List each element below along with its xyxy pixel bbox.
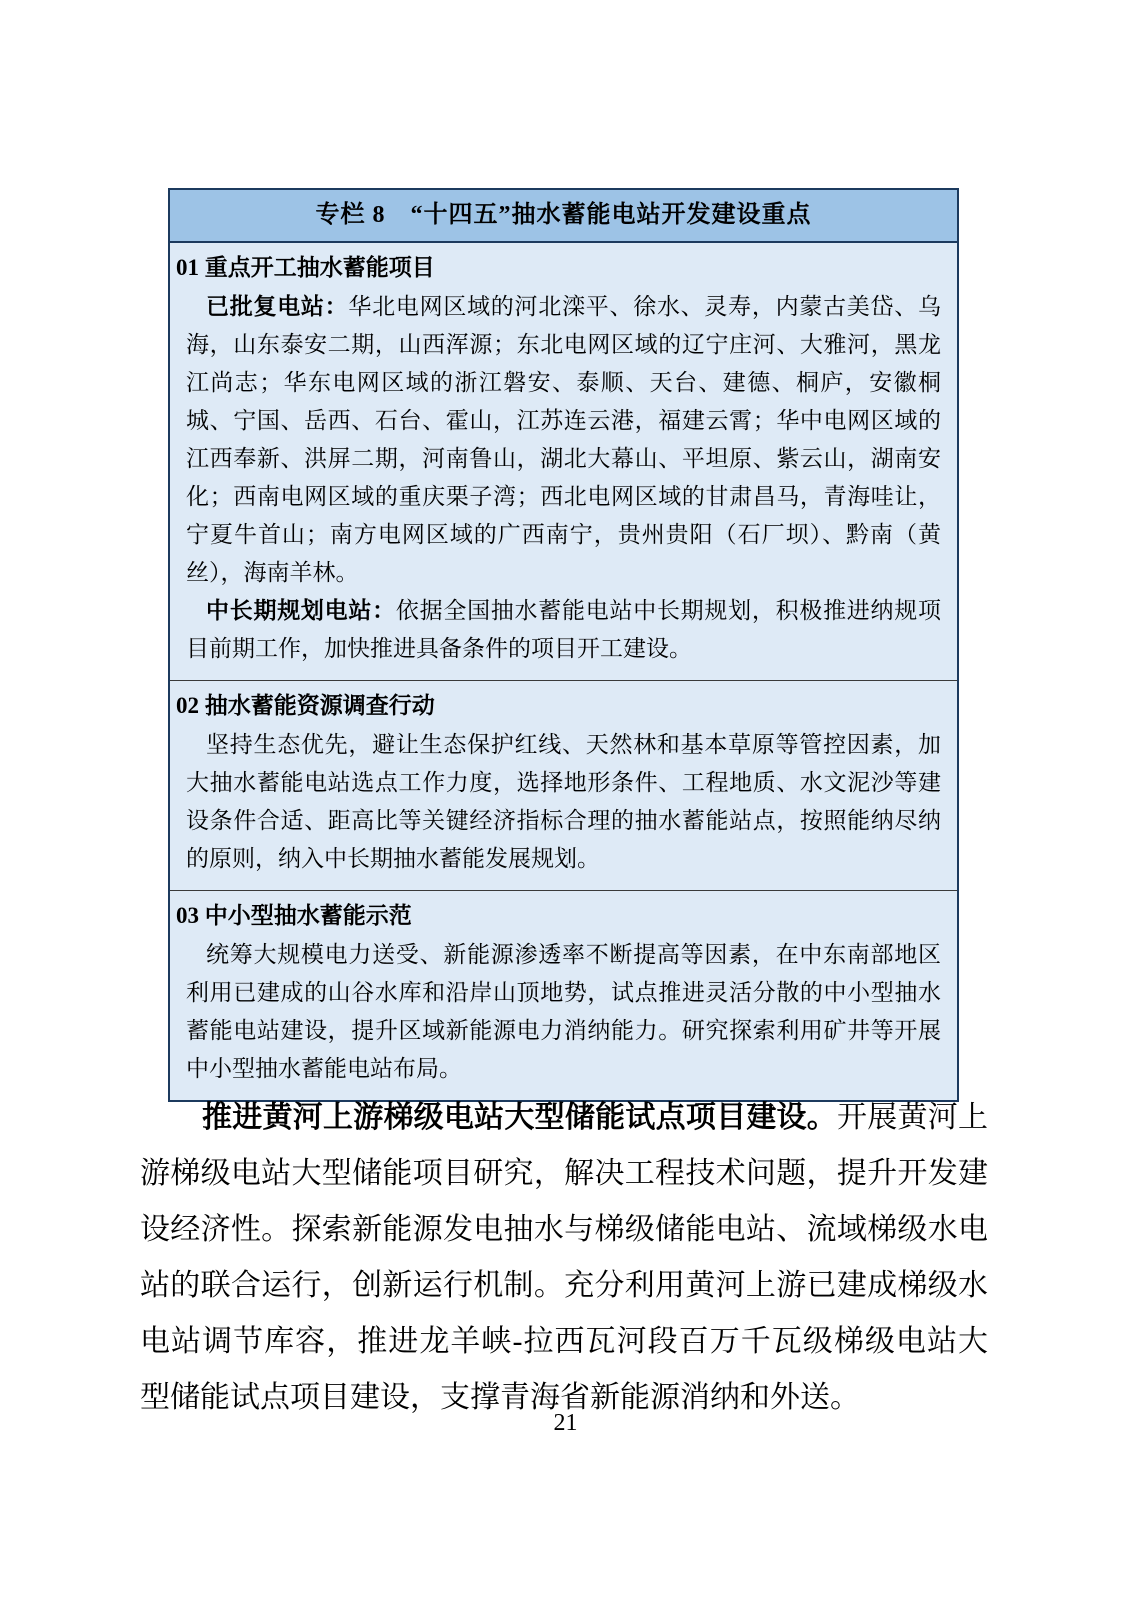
section-03-heading: 03 中小型抽水蓄能示范 [176, 896, 941, 936]
body-paragraph: 推进黄河上游梯级电站大型储能试点项目建设。开展黄河上游梯级电站大型储能项目研究，… [140, 1090, 988, 1426]
document-page: 专栏 8 “十四五”抽水蓄能电站开发建设重点 01 重点开工抽水蓄能项目 已批复… [0, 0, 1131, 1600]
body-paragraph-text: 开展黄河上游梯级电站大型储能项目研究，解决工程技术问题，提升开发建设经济性。探索… [140, 1101, 988, 1414]
section-01-paragraph-approved: 已批复电站：华北电网区域的河北滦平、徐水、灵寿，内蒙古美岱、乌海，山东泰安二期，… [186, 288, 941, 592]
section-02-heading: 02 抽水蓄能资源调查行动 [176, 686, 941, 726]
section-03-paragraph: 统筹大规模电力送受、新能源渗透率不断提高等因素，在中东南部地区利用已建成的山谷水… [186, 936, 941, 1088]
page-number: 21 [0, 1408, 1131, 1438]
box-section-03: 03 中小型抽水蓄能示范 统筹大规模电力送受、新能源渗透率不断提高等因素，在中东… [170, 890, 957, 1100]
approved-stations-text: 华北电网区域的河北滦平、徐水、灵寿，内蒙古美岱、乌海，山东泰安二期，山西浑源；东… [186, 294, 941, 585]
box-section-02: 02 抽水蓄能资源调查行动 坚持生态优先，避让生态保护红线、天然林和基本草原等管… [170, 680, 957, 890]
section-02-paragraph: 坚持生态优先，避让生态保护红线、天然林和基本草原等管控因素，加大抽水蓄能电站选点… [186, 726, 941, 878]
longterm-stations-lead: 中长期规划电站： [206, 598, 396, 623]
approved-stations-lead: 已批复电站： [206, 294, 348, 319]
section-01-heading: 01 重点开工抽水蓄能项目 [176, 248, 941, 288]
box-section-01: 01 重点开工抽水蓄能项目 已批复电站：华北电网区域的河北滦平、徐水、灵寿，内蒙… [170, 243, 957, 680]
body-paragraph-lead: 推进黄河上游梯级电站大型储能试点项目建设。 [202, 1101, 837, 1134]
section-01-paragraph-longterm: 中长期规划电站：依据全国抽水蓄能电站中长期规划，积极推进纳规项目前期工作，加快推… [186, 592, 941, 668]
box-title: 专栏 8 “十四五”抽水蓄能电站开发建设重点 [170, 190, 957, 243]
column-box: 专栏 8 “十四五”抽水蓄能电站开发建设重点 01 重点开工抽水蓄能项目 已批复… [168, 188, 959, 1102]
